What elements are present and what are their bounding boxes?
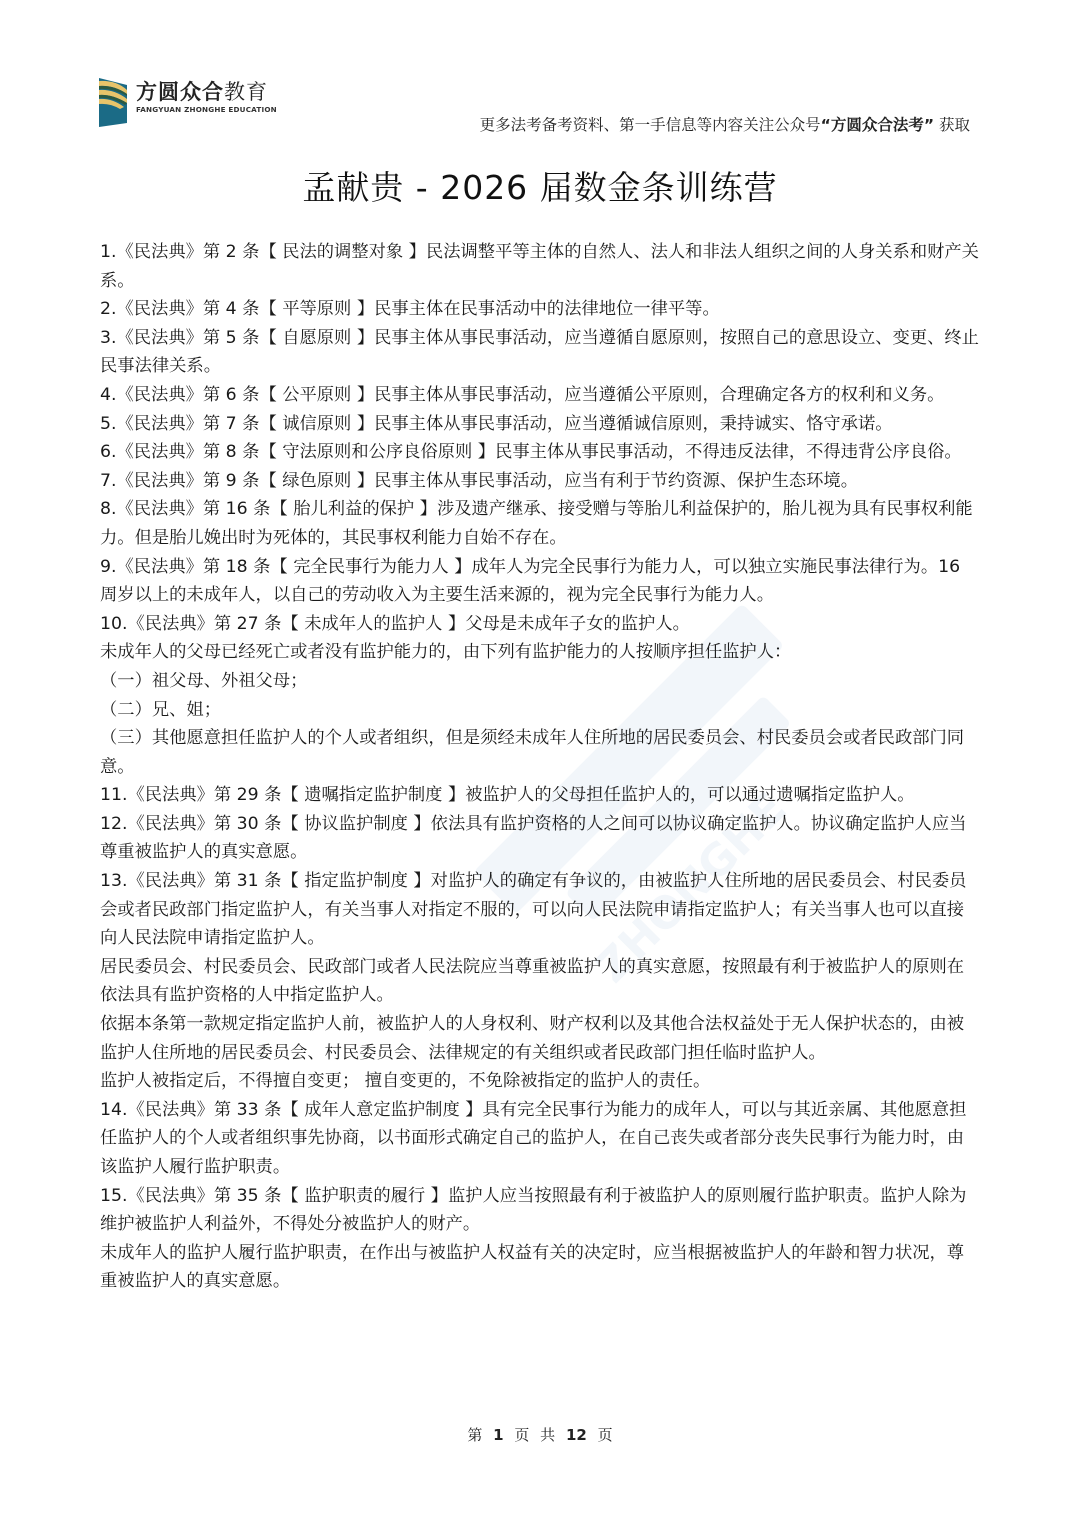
footer-suffix: 页 [598, 1426, 613, 1444]
note-account-name: “方圆众合法考” [821, 116, 934, 134]
paragraph: 5.《民法典》第 7 条【 诚信原则 】民事主体从事民事活动，应当遵循诚信原则，… [100, 410, 980, 439]
current-page-number: 1 [493, 1426, 503, 1444]
paragraph: （一）祖父母、外祖父母； [100, 667, 980, 696]
paragraph: （二）兄、姐； [100, 696, 980, 725]
paragraph: 7.《民法典》第 9 条【 绿色原则 】民事主体从事民事活动，应当有利于节约资源… [100, 467, 980, 496]
paragraph: 13.《民法典》第 31 条【 指定监护制度 】对监护人的确定有争议的，由被监护… [100, 867, 980, 953]
paragraph: 监护人被指定后，不得擅自变更； 擅自变更的，不免除被指定的监护人的责任。 [100, 1067, 980, 1096]
note-suffix: 获取 [939, 116, 970, 134]
logo-name-bold: 方圆众合 [136, 80, 224, 104]
note-prefix: 更多法考备考资料、第一手信息等内容关注公众号 [480, 116, 821, 134]
paragraph: 8.《民法典》第 16 条【 胎儿利益的保护 】涉及遗产继承、接受赠与等胎儿利益… [100, 495, 980, 552]
paragraph: 2.《民法典》第 4 条【 平等原则 】民事主体在民事活动中的法律地位一律平等。 [100, 295, 980, 324]
paragraph: 未成年人的父母已经死亡或者没有监护能力的，由下列有监护能力的人按顺序担任监护人： [100, 638, 980, 667]
paragraph: 居民委员会、村民委员会、民政部门或者人民法院应当尊重被监护人的真实意愿，按照最有… [100, 953, 980, 1010]
logo-name-light: 教育 [224, 80, 268, 104]
paragraph: 未成年人的监护人履行监护职责，在作出与被监护人权益有关的决定时，应当根据被监护人… [100, 1239, 980, 1296]
page-footer: 第 1 页 共 12 页 [0, 1424, 1080, 1445]
footer-middle: 页 共 [514, 1426, 555, 1444]
paragraph: 3.《民法典》第 5 条【 自愿原则 】民事主体从事民事活动，应当遵循自愿原则，… [100, 324, 980, 381]
document-body: 1.《民法典》第 2 条【 民法的调整对象 】民法调整平等主体的自然人、法人和非… [100, 238, 980, 1296]
paragraph: 1.《民法典》第 2 条【 民法的调整对象 】民法调整平等主体的自然人、法人和非… [100, 238, 980, 295]
brand-logo: 方圆众合教育 FANGYUAN ZHONGHE EDUCATION [96, 76, 277, 128]
logo-name-en: FANGYUAN ZHONGHE EDUCATION [136, 105, 277, 114]
page-header: 方圆众合教育 FANGYUAN ZHONGHE EDUCATION 更多法考备考… [96, 76, 996, 136]
logo-mark-icon [96, 76, 130, 128]
header-promo-note: 更多法考备考资料、第一手信息等内容关注公众号“方圆众合法考” 获取 [480, 113, 970, 135]
paragraph: 15.《民法典》第 35 条【 监护职责的履行 】监护人应当按照最有利于被监护人… [100, 1182, 980, 1239]
paragraph: （三）其他愿意担任监护人的个人或者组织，但是须经未成年人住所地的居民委员会、村民… [100, 724, 980, 781]
paragraph: 12.《民法典》第 30 条【 协议监护制度 】依法具有监护资格的人之间可以协议… [100, 810, 980, 867]
document-title: 孟献贵 - 2026 届数金条训练营 [0, 162, 1080, 209]
paragraph: 4.《民法典》第 6 条【 公平原则 】民事主体从事民事活动，应当遵循公平原则，… [100, 381, 980, 410]
logo-name-cn: 方圆众合教育 [136, 80, 277, 104]
paragraph: 6.《民法典》第 8 条【 守法原则和公序良俗原则 】民事主体从事民事活动，不得… [100, 438, 980, 467]
paragraph: 10.《民法典》第 27 条【 未成年人的监护人 】父母是未成年子女的监护人。 [100, 610, 980, 639]
paragraph: 依据本条第一款规定指定监护人前，被监护人的人身权利、财产权利以及其他合法权益处于… [100, 1010, 980, 1067]
total-pages: 12 [566, 1426, 587, 1444]
footer-prefix: 第 [467, 1426, 482, 1444]
paragraph: 11.《民法典》第 29 条【 遗嘱指定监护制度 】被监护人的父母担任监护人的，… [100, 781, 980, 810]
paragraph: 9.《民法典》第 18 条【 完全民事行为能力人 】成年人为完全民事行为能力人，… [100, 553, 980, 610]
paragraph: 14.《民法典》第 33 条【 成年人意定监护制度 】具有完全民事行为能力的成年… [100, 1096, 980, 1182]
